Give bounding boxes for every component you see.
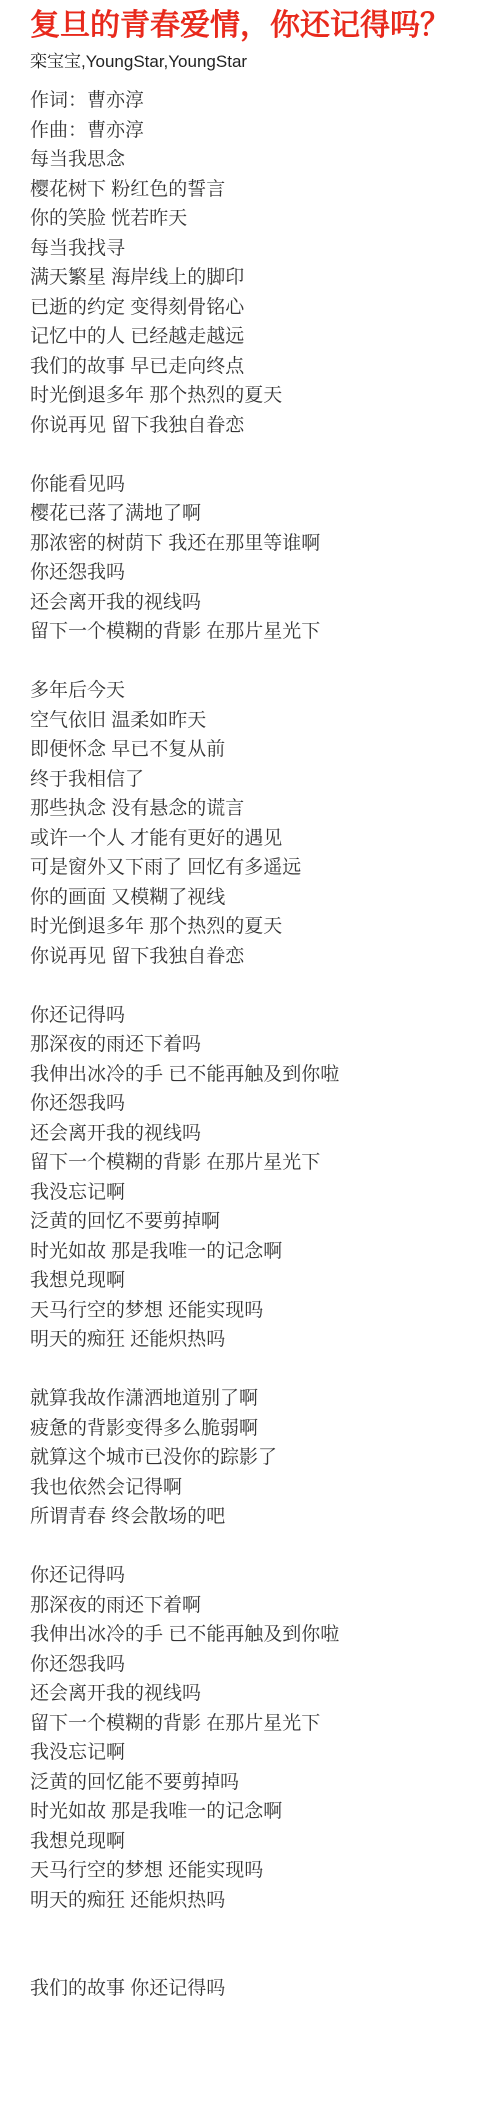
lyric-line: 那深夜的雨还下着啊 [30, 1591, 480, 1621]
lyric-line: 空气依旧 温柔如昨天 [30, 706, 480, 736]
lyric-line: 那浓密的树荫下 我还在那里等谁啊 [30, 529, 480, 559]
lyric-line: 疲惫的背影变得多么脆弱啊 [30, 1414, 480, 1444]
lyric-line: 即便怀念 早已不复从前 [30, 735, 480, 765]
lyric-line: 天马行空的梦想 还能实现吗 [30, 1296, 480, 1326]
lyric-line: 时光如故 那是我唯一的记念啊 [30, 1237, 480, 1267]
lyrics-block: 作词：曹亦淳作曲：曹亦淳每当我思念樱花树下 粉红色的誓言你的笑脸 恍若昨天每当我… [30, 86, 480, 2004]
lyric-line: 那深夜的雨还下着吗 [30, 1030, 480, 1060]
lyric-line: 作曲：曹亦淳 [30, 116, 480, 146]
lyric-line: 我没忘记啊 [30, 1738, 480, 1768]
lyric-blank-line [30, 647, 480, 677]
lyric-line: 你的笑脸 恍若昨天 [30, 204, 480, 234]
lyric-line: 我没忘记啊 [30, 1178, 480, 1208]
lyric-line: 天马行空的梦想 还能实现吗 [30, 1856, 480, 1886]
lyric-line: 还会离开我的视线吗 [30, 1119, 480, 1149]
lyric-line: 泛黄的回忆不要剪掉啊 [30, 1207, 480, 1237]
lyric-line: 作词：曹亦淳 [30, 86, 480, 116]
lyric-line: 樱花已落了满地了啊 [30, 499, 480, 529]
lyric-line: 就算我故作潇洒地道别了啊 [30, 1384, 480, 1414]
page-container: 复旦的青春爱情，你还记得吗？ 栾宝宝,YoungStar,YoungStar 作… [0, 0, 500, 2121]
lyric-blank-line [30, 440, 480, 470]
lyric-line: 我们的故事 早已走向终点 [30, 352, 480, 382]
lyric-line: 还会离开我的视线吗 [30, 1679, 480, 1709]
lyric-blank-line [30, 1945, 480, 1975]
lyric-line: 所谓青春 终会散场的吧 [30, 1502, 480, 1532]
lyric-blank-line [30, 1355, 480, 1385]
lyric-line: 我想兑现啊 [30, 1266, 480, 1296]
lyric-line: 每当我找寻 [30, 234, 480, 264]
lyric-line: 我伸出冰冷的手 已不能再触及到你啦 [30, 1620, 480, 1650]
lyric-line: 时光如故 那是我唯一的记念啊 [30, 1797, 480, 1827]
lyric-line: 你还怨我吗 [30, 558, 480, 588]
lyric-line: 我们的故事 你还记得吗 [30, 1974, 480, 2004]
lyric-line: 已逝的约定 变得刻骨铭心 [30, 293, 480, 323]
lyric-line: 还会离开我的视线吗 [30, 588, 480, 618]
lyric-line: 你还怨我吗 [30, 1650, 480, 1680]
lyric-line: 我也依然会记得啊 [30, 1473, 480, 1503]
page-title: 复旦的青春爱情，你还记得吗？ [30, 8, 480, 44]
lyric-blank-line [30, 1532, 480, 1562]
lyric-line: 终于我相信了 [30, 765, 480, 795]
lyric-line: 就算这个城市已没你的踪影了 [30, 1443, 480, 1473]
lyric-line: 你说再见 留下我独自眷恋 [30, 942, 480, 972]
lyric-line: 每当我思念 [30, 145, 480, 175]
lyric-line: 你的画面 又模糊了视线 [30, 883, 480, 913]
lyric-line: 你还记得吗 [30, 1001, 480, 1031]
lyric-line: 樱花树下 粉红色的誓言 [30, 175, 480, 205]
lyrics-page: { "page": { "title": "复旦的青春爱情，你还记得吗？", "… [0, 0, 500, 2121]
lyric-line: 明天的痴狂 还能炽热吗 [30, 1886, 480, 1916]
lyric-line: 留下一个模糊的背影 在那片星光下 [30, 1148, 480, 1178]
artist-line: 栾宝宝,YoungStar,YoungStar [30, 52, 480, 72]
lyric-line: 明天的痴狂 还能炽热吗 [30, 1325, 480, 1355]
lyric-line: 你能看见吗 [30, 470, 480, 500]
lyric-line: 记忆中的人 已经越走越远 [30, 322, 480, 352]
lyric-line: 我想兑现啊 [30, 1827, 480, 1857]
lyric-line: 我伸出冰冷的手 已不能再触及到你啦 [30, 1060, 480, 1090]
lyric-line: 那些执念 没有悬念的谎言 [30, 794, 480, 824]
lyric-line: 你还怨我吗 [30, 1089, 480, 1119]
lyric-line: 你还记得吗 [30, 1561, 480, 1591]
lyric-line: 时光倒退多年 那个热烈的夏天 [30, 912, 480, 942]
lyric-line: 或许一个人 才能有更好的遇见 [30, 824, 480, 854]
lyric-line: 泛黄的回忆能不要剪掉吗 [30, 1768, 480, 1798]
lyric-line: 留下一个模糊的背影 在那片星光下 [30, 617, 480, 647]
lyric-line: 留下一个模糊的背影 在那片星光下 [30, 1709, 480, 1739]
lyric-line: 满天繁星 海岸线上的脚印 [30, 263, 480, 293]
lyric-line: 你说再见 留下我独自眷恋 [30, 411, 480, 441]
lyric-blank-line [30, 971, 480, 1001]
lyric-line: 多年后今天 [30, 676, 480, 706]
lyric-line: 可是窗外又下雨了 回忆有多遥远 [30, 853, 480, 883]
lyric-line: 时光倒退多年 那个热烈的夏天 [30, 381, 480, 411]
lyric-blank-line [30, 1915, 480, 1945]
